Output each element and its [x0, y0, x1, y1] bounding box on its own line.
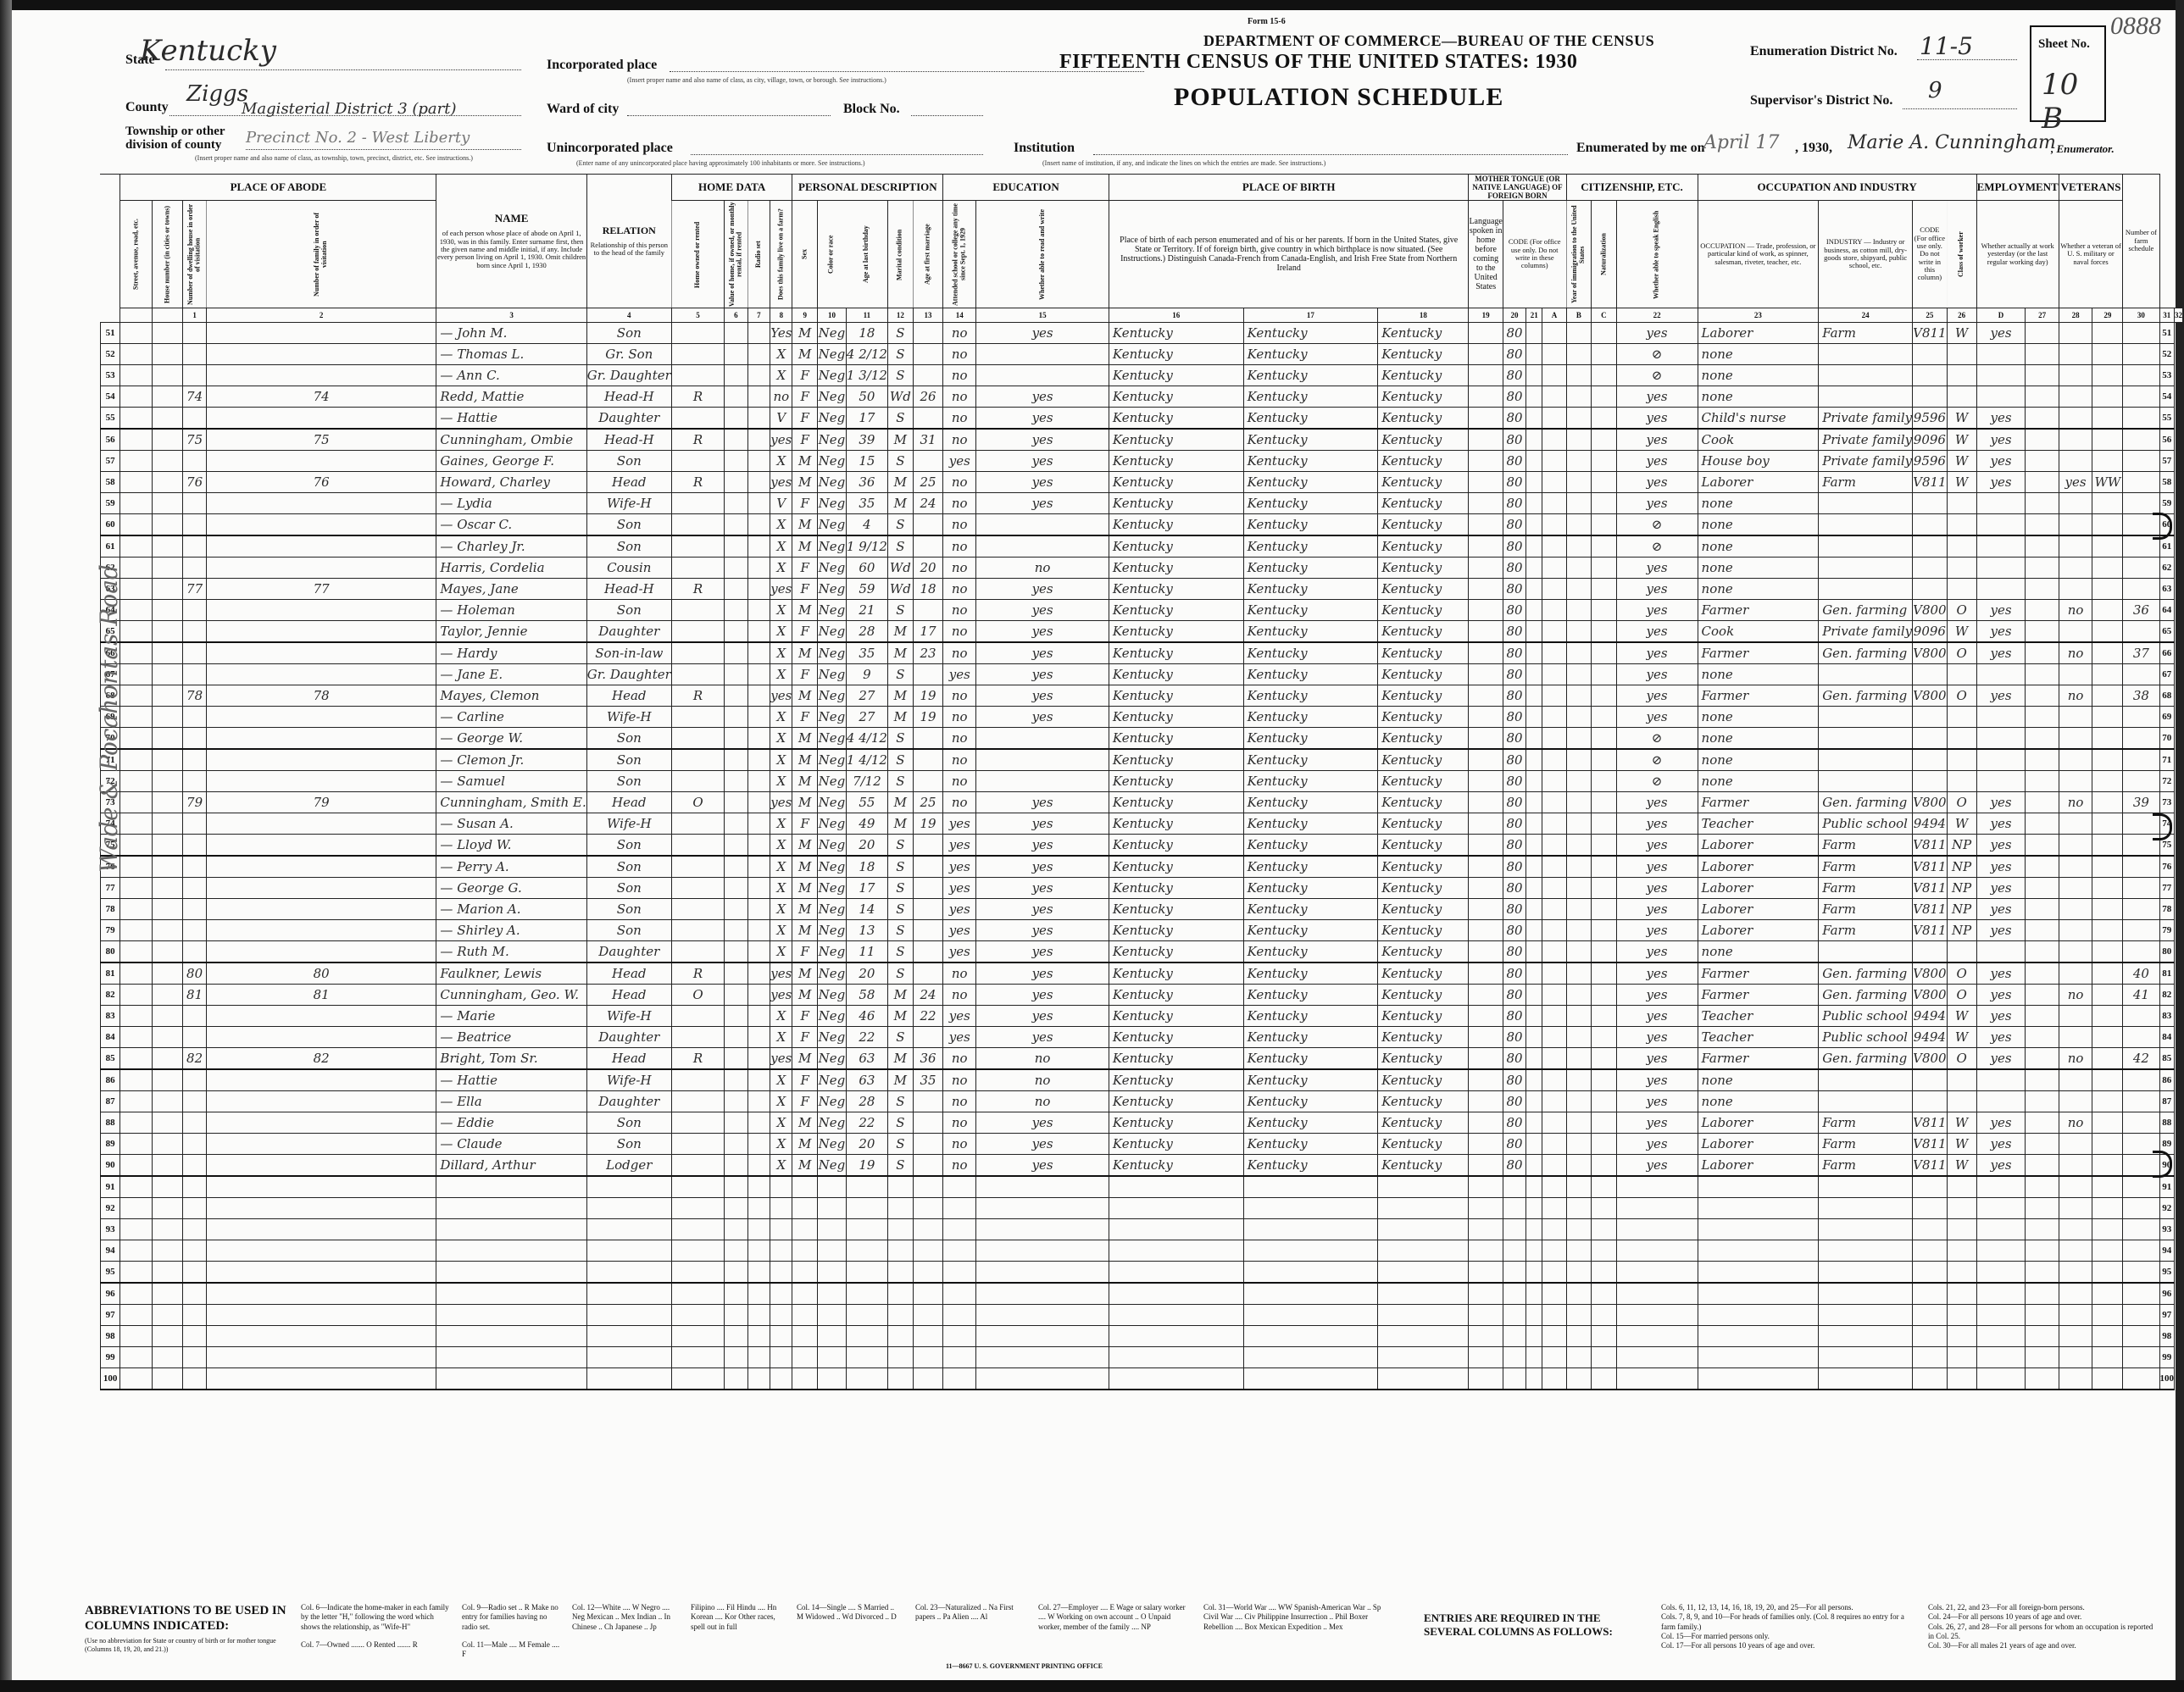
cell-occ-code: 9494	[1913, 1006, 1947, 1027]
cell-farm-schedule	[2123, 365, 2159, 386]
cell-occ-code	[1913, 707, 1947, 728]
cell-father-birthplace: Kentucky	[1243, 535, 1378, 558]
line-number-header	[2183, 308, 2184, 323]
cell-sex: M	[792, 323, 818, 344]
cell-immigration	[1566, 685, 1592, 707]
cell-naturalization	[1592, 642, 1616, 664]
group-education: EDUCATION	[943, 175, 1109, 201]
cell-relation: Cousin	[586, 558, 671, 579]
cell-at-work	[1976, 1091, 2026, 1112]
schedule-title: POPULATION SCHEDULE	[1174, 83, 1503, 112]
cell-immigration	[1566, 429, 1592, 451]
cell-read-write: yes	[976, 941, 1109, 963]
cell-veteran	[2059, 1006, 2092, 1027]
cell-street	[120, 899, 153, 920]
cell-industry	[1819, 664, 1913, 685]
cell-age: 27	[846, 685, 887, 707]
cell-street	[120, 365, 153, 386]
cell-code-country	[1526, 579, 1542, 600]
cell-language	[1469, 664, 1503, 685]
column-number: 6	[725, 308, 747, 323]
cell-house	[153, 514, 183, 536]
cell-immigration	[1566, 771, 1592, 792]
line-number-left: 79	[100, 920, 119, 941]
cell-speak-english	[1616, 1219, 1698, 1240]
table-row: 83— MarieWife-HXFNeg46M22yesyesKentuckyK…	[85, 1006, 2184, 1027]
column-number: 9	[792, 308, 818, 323]
abbrev-col27: Col. 27—Employer .... E Wage or salary w…	[1038, 1603, 1191, 1632]
cell-relation: Son	[586, 771, 671, 792]
cell-family: 78	[206, 685, 436, 707]
gutter-cell	[85, 1283, 100, 1305]
cell-read-write	[976, 728, 1109, 750]
cell-value	[725, 1091, 747, 1112]
cell-school: no	[943, 579, 976, 600]
cell-street	[120, 1006, 153, 1027]
cell-owned	[671, 1155, 724, 1177]
cell-radio	[747, 1091, 770, 1112]
cell-house	[153, 1155, 183, 1177]
cell-value	[725, 642, 747, 664]
cell-family	[206, 558, 436, 579]
cell-school: no	[943, 985, 976, 1006]
cell-occ-code	[1913, 1368, 1947, 1390]
cell-dwelling	[183, 1134, 206, 1155]
cell-school: no	[943, 600, 976, 621]
cell-owned	[671, 664, 724, 685]
cell-occupation: Cook	[1698, 621, 1819, 643]
cell-industry: Farm	[1819, 835, 1913, 857]
cell-family: 81	[206, 985, 436, 1006]
cell-war	[2092, 1283, 2123, 1305]
line-number-right: 71	[2159, 749, 2175, 771]
cell-radio	[747, 1262, 770, 1284]
cell-dwelling	[183, 1368, 206, 1390]
group-employment: EMPLOYMENT	[1976, 175, 2059, 201]
cell-age-marriage	[913, 962, 942, 985]
cell-birthplace: Kentucky	[1109, 472, 1243, 493]
cell-speak-english: yes	[1616, 621, 1698, 643]
gutter-cell	[85, 514, 100, 536]
cell-war	[2092, 813, 2123, 835]
cell-naturalization	[1592, 621, 1616, 643]
cell-class-worker: NP	[1947, 835, 1976, 857]
cell-industry: Farm	[1819, 878, 1913, 899]
cell-farm: yes	[770, 985, 792, 1006]
cell-speak-english: yes	[1616, 856, 1698, 878]
cell-house	[153, 1134, 183, 1155]
cell-age: 55	[846, 792, 887, 813]
township-value: Precinct No. 2 - West Liberty	[246, 129, 470, 147]
cell-age: 60	[846, 558, 887, 579]
cell-read-write: yes	[976, 920, 1109, 941]
cell-code-state: 80	[1503, 771, 1525, 792]
cell-occupation: Laborer	[1698, 1155, 1819, 1177]
cell-unemp-line	[2026, 472, 2059, 493]
cell-class-worker	[1947, 386, 1976, 408]
cell-farm-schedule	[2123, 1219, 2159, 1240]
cell-occupation: none	[1698, 1069, 1819, 1091]
cell-value	[725, 771, 747, 792]
cell-occ-code	[1913, 344, 1947, 365]
supervisor-line	[1903, 108, 2017, 109]
cell-code-state: 80	[1503, 835, 1525, 857]
cell-language	[1469, 642, 1503, 664]
table-row: 72— SamuelSonXMNeg7/12SnoKentuckyKentuck…	[85, 771, 2184, 792]
enum-district-line	[1917, 59, 2017, 60]
line-number-left: 59	[100, 493, 119, 514]
cell-class-worker	[1947, 1305, 1976, 1326]
cell-read-write: yes	[976, 451, 1109, 472]
cell-owned	[671, 1219, 724, 1240]
cell-age: 50	[846, 386, 887, 408]
cell-code-nativity	[1542, 1112, 1566, 1134]
cell-immigration	[1566, 664, 1592, 685]
cell-school	[943, 1219, 976, 1240]
cell-at-work	[1976, 1368, 2026, 1390]
cell-occ-code	[1913, 365, 1947, 386]
cell-race: Neg	[817, 728, 846, 750]
cell-mother-birthplace: Kentucky	[1378, 344, 1469, 365]
cell-unemp-line	[2026, 920, 2059, 941]
cell-radio	[747, 1305, 770, 1326]
cell-name: — Charley Jr.	[436, 535, 586, 558]
cell-industry	[1819, 1198, 1913, 1219]
cell-owned	[671, 1006, 724, 1027]
cell-class-worker: O	[1947, 1048, 1976, 1070]
gutter-cell	[85, 985, 100, 1006]
cell-school: no	[943, 535, 976, 558]
cell-code-state	[1503, 1240, 1525, 1262]
cell-at-work	[1976, 1176, 2026, 1198]
cell-class-worker: O	[1947, 642, 1976, 664]
cell-veteran	[2059, 899, 2092, 920]
table-row: 818080Faulkner, LewisHeadRyesMNeg20Snoye…	[85, 962, 2184, 985]
cell-war	[2092, 1069, 2123, 1091]
cell-code-state	[1503, 1368, 1525, 1390]
cell-farm-schedule	[2123, 749, 2159, 771]
header-family: Number of family in order of visitation	[206, 201, 436, 308]
cell-speak-english	[1616, 1305, 1698, 1326]
cell-dwelling	[183, 1305, 206, 1326]
cell-unemp-line	[2026, 941, 2059, 963]
cell-immigration	[1566, 451, 1592, 472]
gutter-cell	[85, 1240, 100, 1262]
cell-value	[725, 621, 747, 643]
cell-dwelling	[183, 728, 206, 750]
cell-house	[153, 1305, 183, 1326]
cell-speak-english: yes	[1616, 899, 1698, 920]
cell-owned	[671, 514, 724, 536]
cell-farm-schedule	[2123, 451, 2159, 472]
cell-age-marriage	[913, 878, 942, 899]
cell-house	[153, 386, 183, 408]
cell-value	[725, 535, 747, 558]
group-personal: PERSONAL DESCRIPTION	[792, 175, 943, 201]
cell-farm-schedule	[2123, 1069, 2159, 1091]
cell-name: — Hattie	[436, 408, 586, 430]
cell-value	[725, 386, 747, 408]
cell-veteran: no	[2059, 1112, 2092, 1134]
cell-mother-birthplace: Kentucky	[1378, 920, 1469, 941]
cell-dwelling	[183, 451, 206, 472]
cell-naturalization	[1592, 749, 1616, 771]
cell-age: 17	[846, 878, 887, 899]
cell-read-write: yes	[976, 1006, 1109, 1027]
cell-radio	[747, 600, 770, 621]
cell-age: 22	[846, 1027, 887, 1048]
group-birth: PLACE OF BIRTH	[1109, 175, 1469, 201]
cell-owned	[671, 408, 724, 430]
header-tongue-code: CODE (For office use only. Do not write …	[1503, 201, 1566, 308]
cell-unemp-line	[2026, 408, 2059, 430]
cell-house	[153, 558, 183, 579]
cell-name	[436, 1283, 586, 1305]
header-naturalization: Naturalization	[1592, 201, 1616, 308]
cell-age-marriage	[913, 899, 942, 920]
cell-farm	[770, 1176, 792, 1198]
column-number: 16	[1109, 308, 1243, 323]
cell-school	[943, 1198, 976, 1219]
cell-farm: X	[770, 771, 792, 792]
cell-unemp-line	[2026, 985, 2059, 1006]
cell-immigration	[1566, 579, 1592, 600]
cell-dwelling	[183, 899, 206, 920]
cell-family	[206, 1368, 436, 1390]
cell-immigration	[1566, 899, 1592, 920]
gutter-cell	[85, 1155, 100, 1177]
cell-birthplace: Kentucky	[1109, 642, 1243, 664]
cell-veteran: yes	[2059, 472, 2092, 493]
cell-age-marriage: 19	[913, 707, 942, 728]
cell-code-nativity	[1542, 1219, 1566, 1240]
cell-veteran	[2059, 835, 2092, 857]
cell-owned	[671, 899, 724, 920]
cell-code-state: 80	[1503, 514, 1525, 536]
schedule-rows: 51— John M.SonYesMNeg18SnoyesKentuckyKen…	[85, 323, 2184, 1390]
cell-father-birthplace: Kentucky	[1243, 621, 1378, 643]
cell-race: Neg	[817, 707, 846, 728]
cell-birthplace	[1109, 1368, 1243, 1390]
cell-dwelling	[183, 1176, 206, 1198]
cell-school: no	[943, 728, 976, 750]
cell-street	[120, 472, 153, 493]
cell-sex: M	[792, 451, 818, 472]
cell-street	[120, 856, 153, 878]
cell-language	[1469, 535, 1503, 558]
cell-unemp-line	[2026, 856, 2059, 878]
cell-race: Neg	[817, 899, 846, 920]
cell-read-write	[976, 1262, 1109, 1284]
cell-at-work: yes	[1976, 856, 2026, 878]
cell-code-state: 80	[1503, 1027, 1525, 1048]
cell-code-state: 80	[1503, 813, 1525, 835]
cell-mother-birthplace	[1378, 1326, 1469, 1347]
cell-language	[1469, 1112, 1503, 1134]
cell-unemp-line	[2026, 707, 2059, 728]
cell-unemp-line	[2026, 642, 2059, 664]
cell-farm: X	[770, 899, 792, 920]
supervisor-value: 9	[1928, 78, 1942, 103]
scan-border-bottom	[0, 1680, 2184, 1692]
cell-value	[725, 685, 747, 707]
line-number-left: 57	[100, 451, 119, 472]
cell-naturalization	[1592, 558, 1616, 579]
gutter-cell	[85, 429, 100, 451]
cell-war	[2092, 1006, 2123, 1027]
cell-marital	[887, 1326, 913, 1347]
column-number: C	[1592, 308, 1616, 323]
cell-code-nativity	[1542, 728, 1566, 750]
cell-owned	[671, 558, 724, 579]
cell-code-nativity	[1542, 685, 1566, 707]
cell-father-birthplace: Kentucky	[1243, 1155, 1378, 1177]
cell-class-worker	[1947, 707, 1976, 728]
cell-industry	[1819, 941, 1913, 963]
line-number-right: 68	[2159, 685, 2175, 707]
cell-at-work: yes	[1976, 878, 2026, 899]
cell-occ-code: V811	[1913, 878, 1947, 899]
cell-veteran	[2059, 664, 2092, 685]
cell-race: Neg	[817, 600, 846, 621]
cell-father-birthplace: Kentucky	[1243, 386, 1378, 408]
cell-occ-code	[1913, 728, 1947, 750]
cell-farm: X	[770, 600, 792, 621]
gutter-cell	[85, 344, 100, 365]
cell-age-marriage: 20	[913, 558, 942, 579]
cell-code-nativity	[1542, 1368, 1566, 1390]
cell-at-work	[1976, 664, 2026, 685]
cell-mother-birthplace: Kentucky	[1378, 899, 1469, 920]
cell-farm-schedule	[2123, 771, 2159, 792]
cell-code-country	[1526, 344, 1542, 365]
cell-father-birthplace: Kentucky	[1243, 1069, 1378, 1091]
cell-war	[2092, 451, 2123, 472]
cell-veteran	[2059, 1326, 2092, 1347]
department-title: DEPARTMENT OF COMMERCE—BUREAU OF THE CEN…	[1203, 32, 1654, 50]
cell-code-nativity	[1542, 1305, 1566, 1326]
cell-radio	[747, 899, 770, 920]
cell-family: 79	[206, 792, 436, 813]
cell-sex: F	[792, 579, 818, 600]
cell-father-birthplace: Kentucky	[1243, 835, 1378, 857]
cell-owned	[671, 1027, 724, 1048]
cell-house	[153, 792, 183, 813]
cell-code-nativity	[1542, 1240, 1566, 1262]
cell-farm	[770, 1283, 792, 1305]
cell-language	[1469, 621, 1503, 643]
cell-read-write: no	[976, 1091, 1109, 1112]
cell-code-state: 80	[1503, 323, 1525, 344]
cell-war	[2092, 1155, 2123, 1177]
cell-unemp-line	[2026, 579, 2059, 600]
cell-name: — Hattie	[436, 1069, 586, 1091]
cell-name: — Susan A.	[436, 813, 586, 835]
cell-mother-birthplace: Kentucky	[1378, 1048, 1469, 1070]
cell-at-work: yes	[1976, 1006, 2026, 1027]
header-relation-title: RELATION	[587, 225, 671, 236]
cell-dwelling: 77	[183, 579, 206, 600]
cell-code-country	[1526, 621, 1542, 643]
cell-sex	[792, 1368, 818, 1390]
cell-code-nativity	[1542, 642, 1566, 664]
cell-occ-code: V800	[1913, 1048, 1947, 1070]
cell-relation: Head-H	[586, 429, 671, 451]
cell-farm: Yes	[770, 323, 792, 344]
cell-age-marriage	[913, 1091, 942, 1112]
cell-naturalization	[1592, 344, 1616, 365]
cell-sex: M	[792, 535, 818, 558]
header-employment-desc: Whether actually at work yesterday (or t…	[1976, 201, 2059, 308]
cell-dwelling	[183, 835, 206, 857]
cell-street	[120, 408, 153, 430]
cell-birthplace: Kentucky	[1109, 1027, 1243, 1048]
cell-birthplace	[1109, 1347, 1243, 1368]
cell-father-birthplace	[1243, 1219, 1378, 1240]
cell-owned: R	[671, 579, 724, 600]
cell-industry	[1819, 579, 1913, 600]
cell-school: no	[943, 1112, 976, 1134]
cell-name: Dillard, Arthur	[436, 1155, 586, 1177]
cell-at-work: yes	[1976, 962, 2026, 985]
cell-name	[436, 1176, 586, 1198]
cell-language	[1469, 685, 1503, 707]
cell-family	[206, 535, 436, 558]
cell-code-country	[1526, 493, 1542, 514]
cell-veteran	[2059, 386, 2092, 408]
cell-war	[2092, 1368, 2123, 1390]
cell-relation: Head	[586, 1048, 671, 1070]
cell-race: Neg	[817, 835, 846, 857]
cell-father-birthplace: Kentucky	[1243, 1112, 1378, 1134]
cell-code-country	[1526, 323, 1542, 344]
cell-sex: M	[792, 985, 818, 1006]
line-number-left: 86	[100, 1069, 119, 1091]
cell-father-birthplace: Kentucky	[1243, 707, 1378, 728]
cell-occupation: none	[1698, 365, 1819, 386]
header-age: Age at last birthday	[846, 201, 887, 308]
state-value: Kentucky	[140, 34, 276, 68]
cell-farm: yes	[770, 429, 792, 451]
cell-marital: S	[887, 344, 913, 365]
cell-veteran: no	[2059, 985, 2092, 1006]
cell-code-country	[1526, 1198, 1542, 1219]
cell-immigration	[1566, 1347, 1592, 1368]
cell-code-country	[1526, 728, 1542, 750]
cell-naturalization	[1592, 1069, 1616, 1091]
cell-radio	[747, 920, 770, 941]
cell-mother-birthplace	[1378, 1283, 1469, 1305]
line-number-left: 52	[100, 344, 119, 365]
table-row: 51— John M.SonYesMNeg18SnoyesKentuckyKen…	[85, 323, 2184, 344]
cell-read-write	[976, 535, 1109, 558]
cell-at-work	[1976, 728, 2026, 750]
cell-birthplace	[1109, 1219, 1243, 1240]
cell-birthplace: Kentucky	[1109, 856, 1243, 878]
cell-race: Neg	[817, 365, 846, 386]
cell-school	[943, 1240, 976, 1262]
header-industry: INDUSTRY — Industry or business, as cott…	[1819, 201, 1913, 308]
cell-code-nativity	[1542, 558, 1566, 579]
line-number-right: 88	[2159, 1112, 2175, 1134]
cell-unemp-line	[2026, 1262, 2059, 1284]
cell-relation: Son	[586, 1134, 671, 1155]
cell-unemp-line	[2026, 1155, 2059, 1177]
cell-dwelling	[183, 1069, 206, 1091]
cell-code-nativity	[1542, 386, 1566, 408]
cell-relation: Son	[586, 600, 671, 621]
cell-code-country	[1526, 771, 1542, 792]
